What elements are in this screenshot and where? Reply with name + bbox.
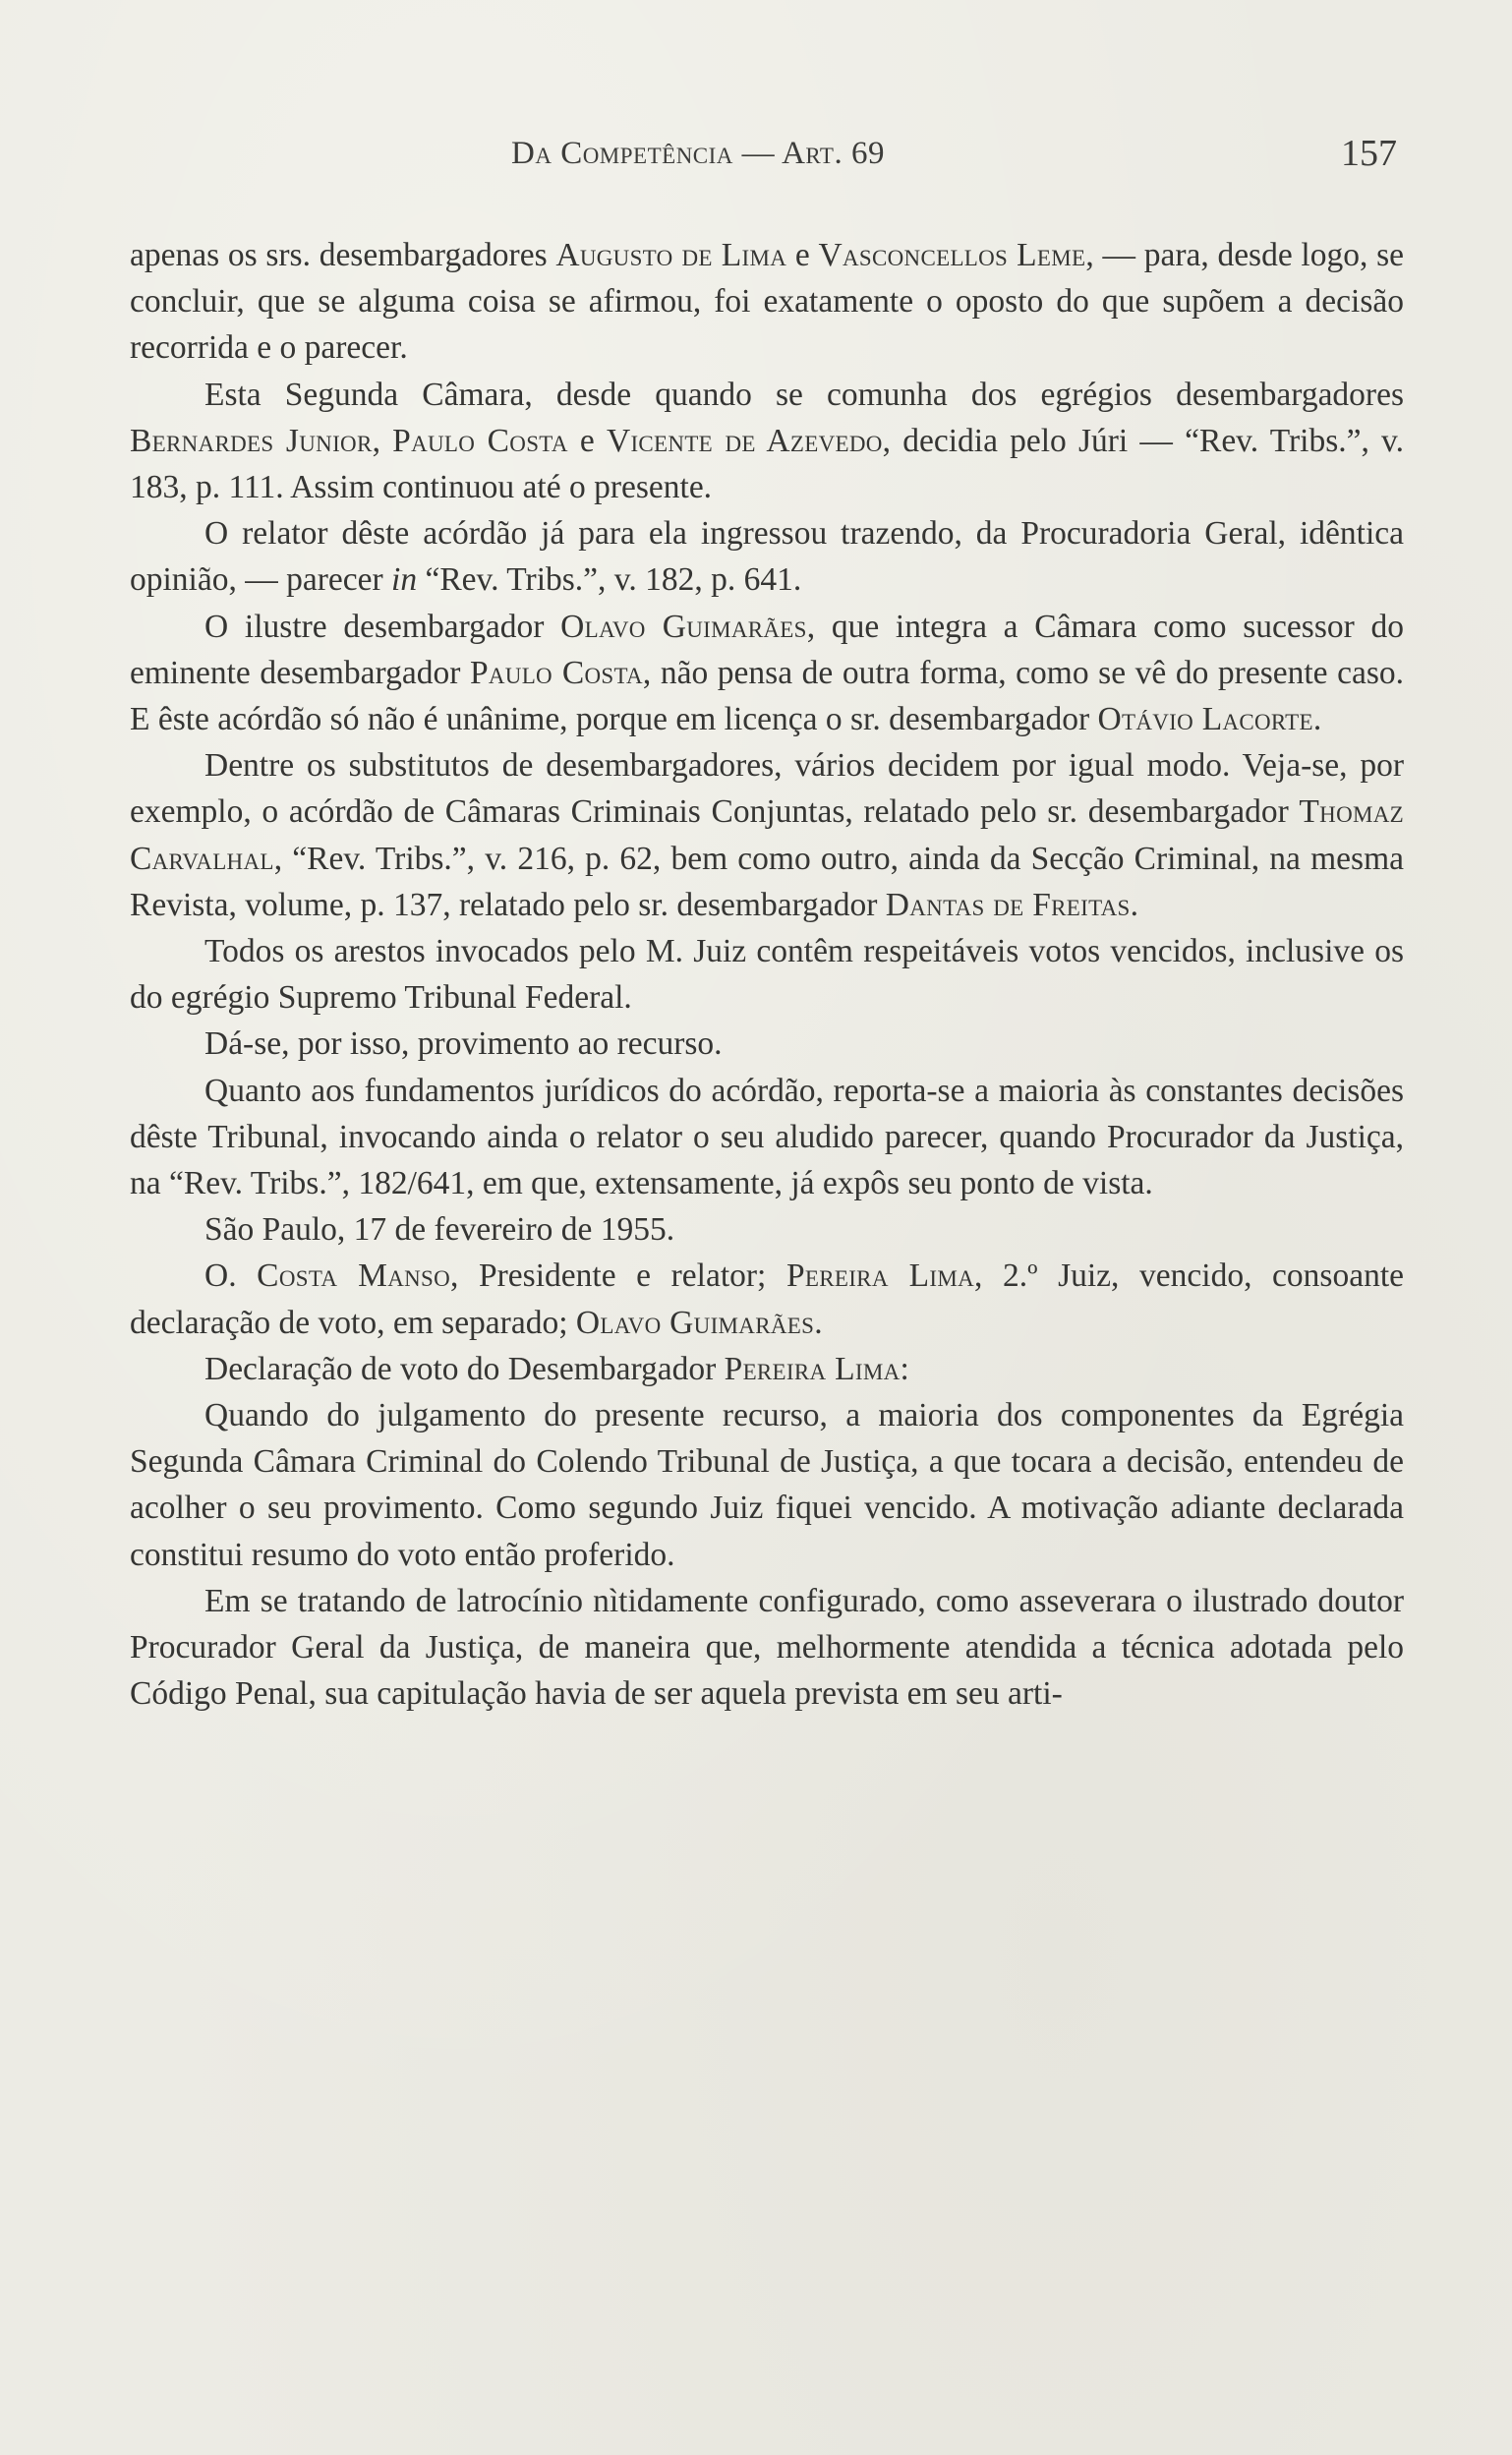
paragraph: Quanto aos fundamentos jurídicos do acór… — [130, 1068, 1404, 1207]
judge-name: Paulo Costa — [470, 655, 643, 691]
paragraph: O ilustre desembargador Olavo Guimarães,… — [130, 604, 1404, 743]
judge-name: Pereira Lima — [725, 1351, 901, 1387]
judge-name: Olavo Guimarães — [560, 609, 807, 645]
paragraph: apenas os srs. desembargadores Augusto d… — [130, 232, 1404, 372]
running-title: Da Competência — Art. 69 — [511, 136, 885, 172]
running-head: Da Competência — Art. 69 157 — [0, 136, 1512, 185]
judge-name: Paulo Costa — [392, 423, 568, 459]
judge-name: Costa Manso — [257, 1257, 450, 1294]
date-line: São Paulo, 17 de fevereiro de 1955. — [130, 1206, 1404, 1253]
paragraph: O relator dêste acórdão já para ela ingr… — [130, 510, 1404, 603]
judge-name: Vicente de Azevedo — [607, 423, 883, 459]
body-text: apenas os srs. desembargadores Augusto d… — [130, 232, 1404, 1718]
judge-name: Dantas de Freitas — [886, 887, 1131, 923]
paragraph: Em se tratando de latrocínio nìtidamente… — [130, 1578, 1404, 1718]
judge-name: Pereira Lima — [786, 1257, 974, 1294]
paragraph: Quando do julgamento do presente recurso… — [130, 1392, 1404, 1578]
paragraph: Esta Segunda Câmara, desde quando se com… — [130, 372, 1404, 511]
judge-name: Vasconcellos Leme — [819, 237, 1086, 273]
paragraph: Todos os arestos invocados pelo M. Juiz … — [130, 928, 1404, 1021]
page-number: 157 — [1341, 132, 1397, 175]
signatures: O. Costa Manso, Presidente e relator; Pe… — [130, 1253, 1404, 1345]
judge-name: Augusto de Lima — [555, 237, 786, 273]
judge-name: Olavo Guimarães — [576, 1305, 814, 1341]
paragraph: Dá-se, por isso, provimento ao recurso. — [130, 1021, 1404, 1067]
paragraph: Dentre os substitutos de desembargadores… — [130, 742, 1404, 928]
vote-declaration-heading: Declaração de voto do Desembargador Pere… — [130, 1346, 1404, 1392]
judge-name: Bernardes Junior — [130, 423, 373, 459]
document-page: Da Competência — Art. 69 157 apenas os s… — [0, 0, 1512, 2455]
judge-name: Otávio Lacorte — [1097, 701, 1312, 737]
